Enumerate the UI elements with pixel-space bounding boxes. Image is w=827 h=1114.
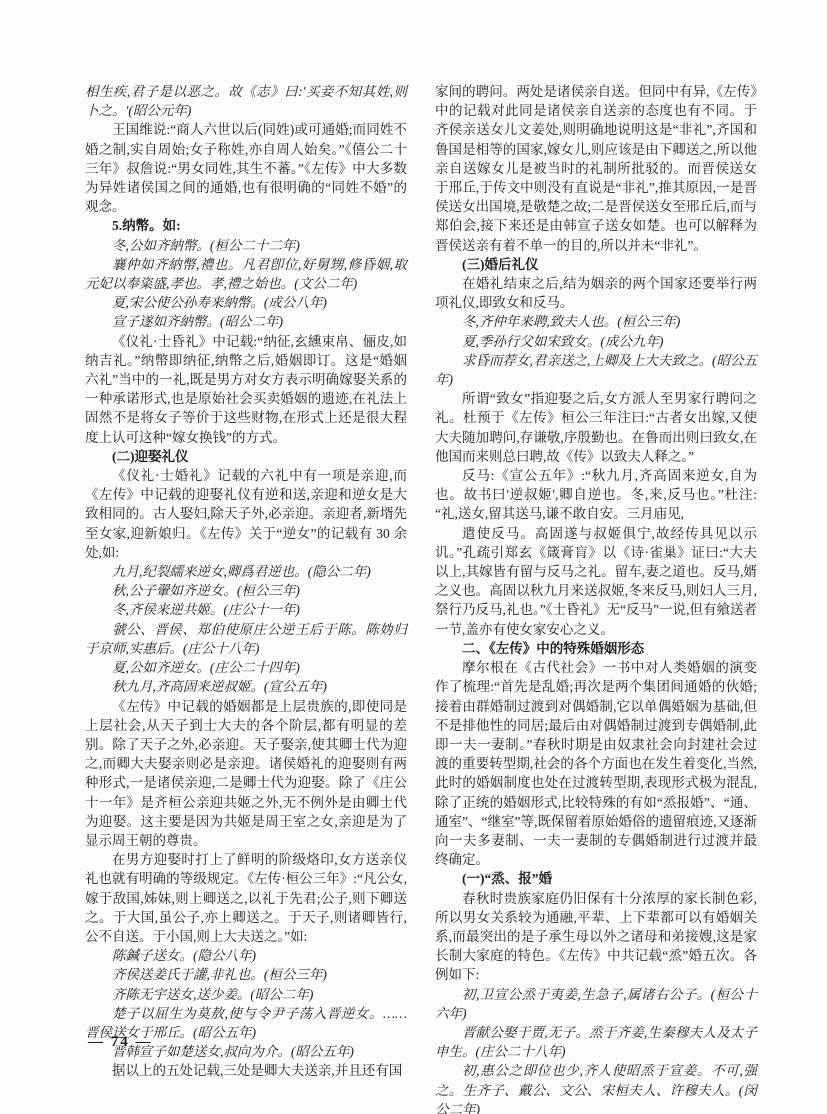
paragraph: 夏,公如齐逆女。(庄公二十四年) xyxy=(85,658,407,677)
paragraph: 冬,齐仲年来聘,致夫人也。(桓公三年) xyxy=(435,312,757,331)
paragraph: 冬,齐侯来逆共姬。(庄公十一年) xyxy=(85,600,407,619)
paragraph: 春秋时贵族家庭仍旧保有十分浓厚的家长制色彩,所以男女关系较为通融,平辈、上下辈都… xyxy=(435,889,757,985)
paragraph: (三)婚后礼仪 xyxy=(435,255,757,274)
paragraph: 虢公、晋侯、郑伯使原庄公逆王后于陈。陈妫归于京师,实惠后。(庄公十八年) xyxy=(85,620,407,658)
paragraph: 夏,宋公使公孙寿来納幣。(成公八年) xyxy=(85,293,407,312)
paragraph: 夏,季孙行父如宋致女。(成公九年) xyxy=(435,332,757,351)
paragraph: 秋九月,齐高固来逆叔姬。(宣公五年) xyxy=(85,677,407,696)
left-column: 相生疾,君子是以恶之。故《志》曰:'买妾不知其姓,则卜之。'(昭公元年)王国维说… xyxy=(85,82,407,1114)
paragraph: 王国维说:“商人六世以后(同姓)或可通婚;而同姓不婚之制,实自周始;女子称姓,亦… xyxy=(85,120,407,216)
paragraph: 5.纳幣。如: xyxy=(85,216,407,235)
paragraph: 二、《左传》中的特殊婚姻形态 xyxy=(435,639,757,658)
paragraph: (一)“烝、报”婚 xyxy=(435,869,757,888)
scanned-document-page: 相生疾,君子是以恶之。故《志》曰:'买妾不知其姓,则卜之。'(昭公元年)王国维说… xyxy=(0,0,827,1114)
paragraph: 齐陈无宇送女,送少姜。(昭公二年) xyxy=(85,985,407,1004)
paragraph: 初,惠公之即位也少,齐人使昭烝于宣姜。不可,强之。生齐子、戴公、文公、宋桓夫人、… xyxy=(435,1061,757,1114)
paragraph: 据以上的五处记载,三处是卿大夫送亲,并且还有国 xyxy=(85,1061,407,1080)
right-column: 家间的聘问。两处是诸侯亲自送。但同中有异,《左传》中的记载对此同是诸侯亲自送亲的… xyxy=(435,82,757,1114)
text-columns: 相生疾,君子是以恶之。故《志》曰:'买妾不知其姓,则卜之。'(昭公元年)王国维说… xyxy=(85,82,757,1114)
paragraph: 齐侯送姜氏于讙,非礼也。(桓公三年) xyxy=(85,965,407,984)
paragraph: 九月,纪裂繻来逆女,卿爲君逆也。(隐公二年) xyxy=(85,562,407,581)
paragraph: 《仪礼·士昏礼》中记载:“纳征,玄纁束帛、俪皮,如纳吉礼。”纳幣即纳征,纳幣之后… xyxy=(85,332,407,447)
paragraph: 摩尔根在《古代社会》一书中对人类婚姻的演变作了梳理:“首先是乱婚;再次是两个集团… xyxy=(435,658,757,869)
paragraph: 初,卫宣公烝于夷姜,生急子,属诸右公子。(桓公十六年) xyxy=(435,985,757,1023)
paragraph: 求昏而荐女,君亲送之,上卿及上大夫致之。(昭公五年) xyxy=(435,351,757,389)
paragraph: (二)迎娶礼仪 xyxy=(85,447,407,466)
paragraph: 反马:《宣公五年》:“秋九月,齐高固来逆女,自为也。故书曰'逆叔姬',卿自逆也。… xyxy=(435,466,757,524)
paragraph: 所谓“致女”指迎娶之后,女方派人至男家行聘问之礼。杜预于《左传》桓公三年注曰:“… xyxy=(435,389,757,466)
paragraph: 宣子遂如齐納幣。(昭公二年) xyxy=(85,312,407,331)
paragraph: 相生疾,君子是以恶之。故《志》曰:'买妾不知其姓,则卜之。'(昭公元年) xyxy=(85,82,407,120)
paragraph: 遣使反马。高固遂与叔姬俱宁,故经传具见以示讥。”孔疏引郑玄《箴膏肓》以《诗·雀巢… xyxy=(435,524,757,639)
paragraph: 秋,公子翬如齐逆女。(桓公三年) xyxy=(85,581,407,600)
paragraph: 家间的聘问。两处是诸侯亲自送。但同中有异,《左传》中的记载对此同是诸侯亲自送亲的… xyxy=(435,82,757,255)
paragraph: 晋献公娶于贾,无子。烝于齐姜,生秦穆夫人及太子申生。(庄公二十八年) xyxy=(435,1023,757,1061)
paragraph: 冬,公如齐納幣。(桓公二十二年) xyxy=(85,236,407,255)
paragraph: 《左传》中记载的婚姻都是上层贵族的,即使同是上层社会,从天子到士大夫的各个阶层,… xyxy=(85,697,407,851)
paragraph: 陈鍼子送女。(隐公八年) xyxy=(85,946,407,965)
paragraph: 在男方迎娶时打上了鲜明的阶级烙印,女方送亲仪礼也就有明确的等级规定。《左传·桓公… xyxy=(85,850,407,946)
page-number: — 74 — xyxy=(88,1034,153,1051)
paragraph: 襄仲如齐納幣,禮也。凡君卽位,好舅甥,修昏姻,取元妃以奉粢盛,孝也。孝,禮之始也… xyxy=(85,255,407,293)
paragraph: 在婚礼结束之后,结为姻亲的两个国家还要举行两项礼仪,即致女和反马。 xyxy=(435,274,757,312)
paragraph: 《仪礼·士婚礼》记载的六礼中有一项是亲迎,而《左传》中记载的迎娶礼仪有逆和送,亲… xyxy=(85,466,407,562)
